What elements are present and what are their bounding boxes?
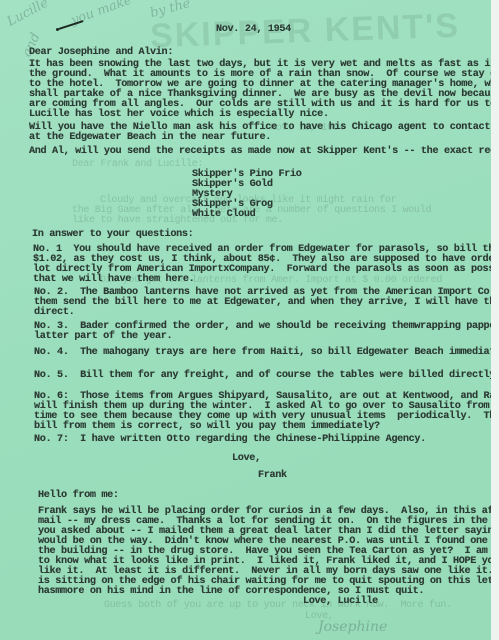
closing-love: Love, xyxy=(232,454,261,465)
recipe-item: White Cloud xyxy=(192,210,255,221)
answer-line: No. 5. Bill them for any freight, and of… xyxy=(34,371,491,382)
letter-page: SKIPPER KENT'S Lucille you make and by t… xyxy=(0,0,491,640)
questions-intro: In answer to your questions: xyxy=(32,230,193,241)
paragraph-line: at the Edgewater Beach in the near futur… xyxy=(29,133,271,144)
salutation: Dear Josephine and Alvin: xyxy=(29,48,173,59)
answer-line: that we will have them here. xyxy=(33,275,194,286)
answer-line: them send the bill here to me at Edgewat… xyxy=(34,298,491,309)
scan-edge xyxy=(491,0,499,640)
margin-handwriting: Lucille xyxy=(6,0,50,28)
letter-date: Nov. 24, 1954 xyxy=(216,25,291,36)
answer-line: No. 7: I have written Otto regarding the… xyxy=(34,435,426,446)
answer-line: latter part of the year. xyxy=(34,332,172,343)
ghost-text: Dear Frank and Lucille: xyxy=(72,160,203,171)
answer-line: No. 4. The mahogany trays are here from … xyxy=(34,348,491,359)
paragraph-line: And Al, will you send the receipts as ma… xyxy=(29,147,491,158)
answer-line: direct. xyxy=(34,308,74,319)
answer-line: bill from them is correct, so will you p… xyxy=(34,422,380,433)
paragraph-line: Lucille has lost her voice which is espe… xyxy=(29,110,329,121)
signature-frank: Frank xyxy=(258,471,287,482)
ghost-text: Guess both of you are up to your neck in… xyxy=(104,601,452,612)
ghost-signature: Josephine xyxy=(318,622,387,633)
postscript-greeting: Hello from me: xyxy=(38,491,119,502)
closing-love-lucille: Love, Lucille xyxy=(303,597,378,608)
pen-dot-mark xyxy=(56,28,59,31)
skipper-kents-watermark: SKIPPER KENT'S xyxy=(150,21,460,42)
